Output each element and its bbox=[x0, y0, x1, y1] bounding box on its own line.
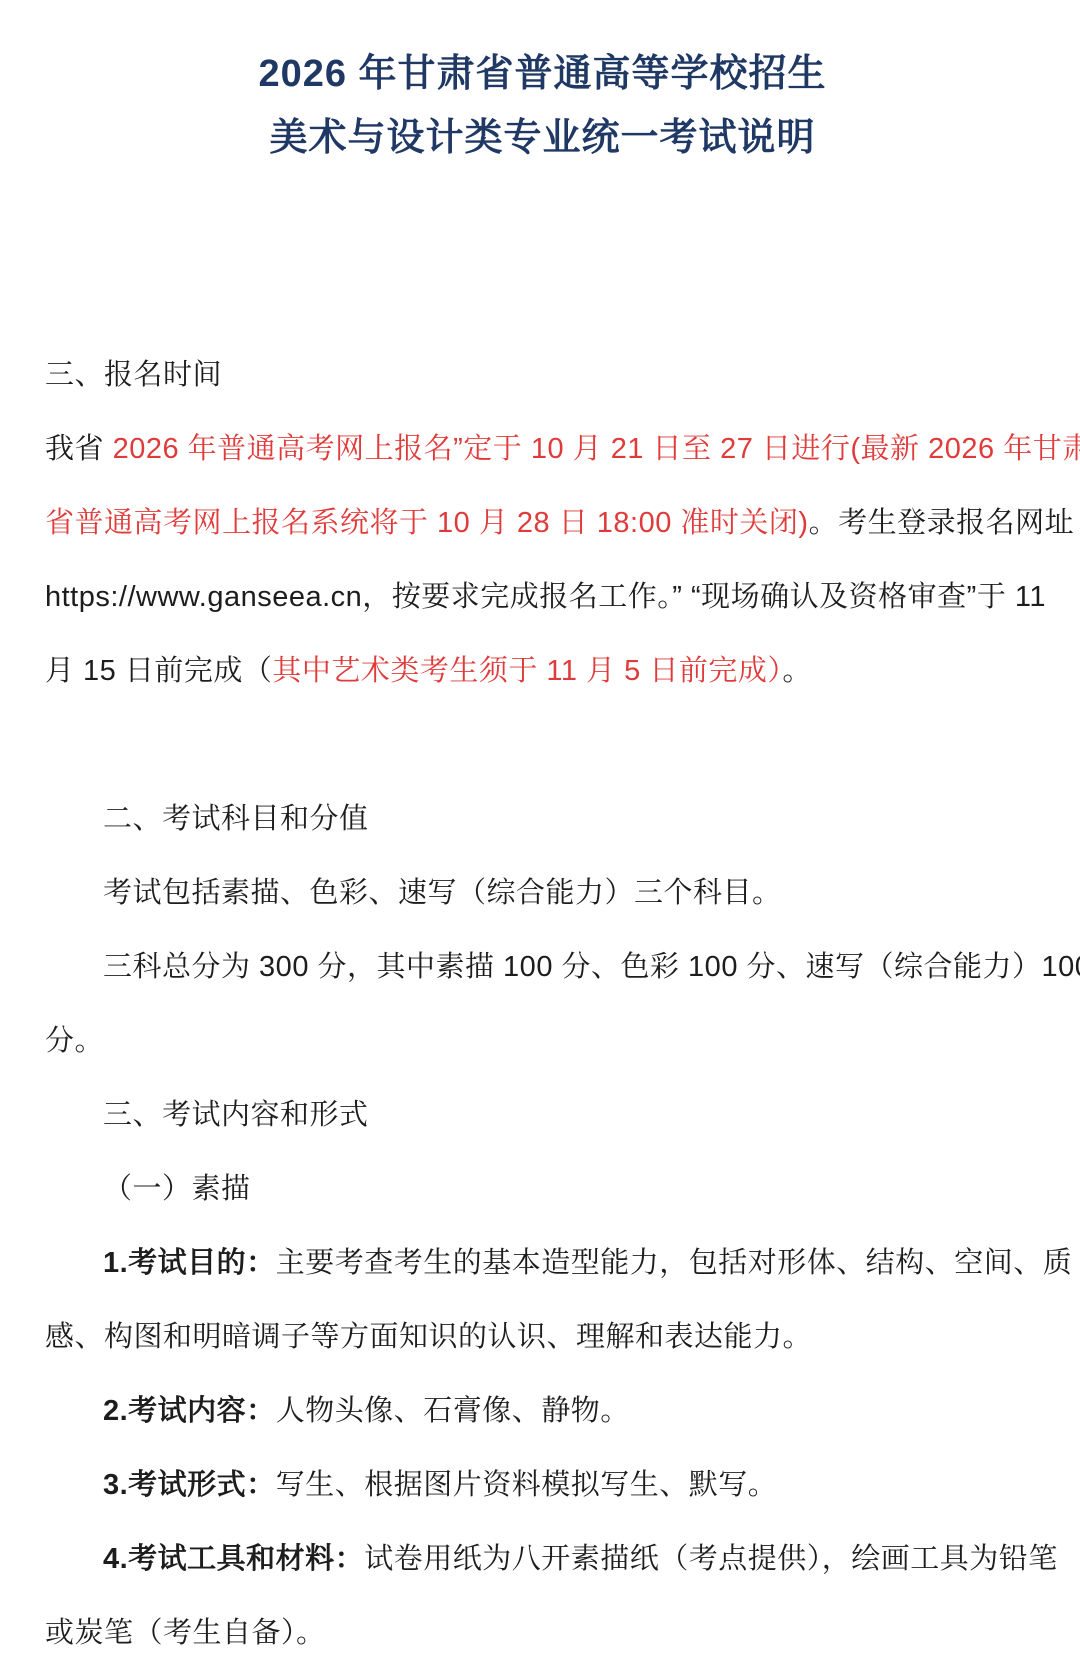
highlighted-deadline: 省普通高考网上报名系统将于 10 月 28 日 18:00 准时关闭) bbox=[45, 507, 809, 539]
highlighted-date-range: 2026 年普通高考网上报名”定于 10 月 21 日至 27 日进行(最新 2… bbox=[113, 433, 1080, 465]
heading-text: 三、报名时间 bbox=[45, 359, 222, 391]
item-label: 4.考试工具和材料： bbox=[103, 1543, 364, 1575]
section-heading-content: 三、考试内容和形式 bbox=[45, 1078, 1040, 1152]
registration-url: https://www.ganseea.cn bbox=[45, 581, 362, 613]
section-heading-registration: 三、报名时间 bbox=[45, 338, 1040, 412]
item-label: 1.考试目的： bbox=[103, 1247, 276, 1279]
text-run: ，按要求完成报名工作。” “现场确认及资格审查”于 11 bbox=[362, 581, 1046, 613]
text-run: 试卷用纸为八开素描纸（考点提供），绘画工具为铅笔 bbox=[364, 1543, 1058, 1575]
sketch-item-3: 3.考试形式：写生、根据图片资料模拟写生、默写。 bbox=[45, 1448, 1040, 1522]
text-run: 感、构图和明暗调子等方面知识的认识、理解和表达能力。 bbox=[45, 1321, 812, 1353]
text-run: 分。 bbox=[45, 1025, 104, 1057]
blank-line bbox=[45, 708, 1040, 782]
title-body-gap bbox=[45, 170, 1040, 338]
text-run: 月 15 日前完成（ bbox=[45, 655, 272, 687]
text-run: 我省 bbox=[45, 433, 113, 465]
text-run: 主要考查考生的基本造型能力，包括对形体、结构、空间、质 bbox=[276, 1247, 1073, 1279]
sketch-item-2: 2.考试内容：人物头像、石膏像、静物。 bbox=[45, 1374, 1040, 1448]
heading-text: 三、考试内容和形式 bbox=[103, 1099, 369, 1131]
highlighted-art-deadline: 其中艺术类考生须于 11 月 5 日前完成） bbox=[272, 655, 782, 687]
text-run: 。 bbox=[782, 655, 812, 687]
text-run: 考试包括素描、色彩、速写（综合能力）三个科目。 bbox=[103, 877, 782, 909]
heading-text: 二、考试科目和分值 bbox=[103, 803, 369, 835]
registration-line-4: 月 15 日前完成（其中艺术类考生须于 11 月 5 日前完成）。 bbox=[45, 634, 1040, 708]
registration-line-2: 省普通高考网上报名系统将于 10 月 28 日 18:00 准时关闭)。考生登录… bbox=[45, 486, 1040, 560]
sketch-item-4: 4.考试工具和材料：试卷用纸为八开素描纸（考点提供），绘画工具为铅笔 bbox=[45, 1522, 1040, 1596]
text-run: 。考生登录报名网址 bbox=[809, 507, 1075, 539]
item-label: 2.考试内容： bbox=[103, 1395, 276, 1427]
subjects-line-3: 分。 bbox=[45, 1004, 1040, 1078]
exam-notice-document: 2026 年甘肃省普通高等学校招生 美术与设计类专业统一考试说明 三、报名时间 … bbox=[0, 0, 1080, 1669]
doc-title-line-2: 美术与设计类专业统一考试说明 bbox=[45, 106, 1040, 170]
sub-heading-sketch: （一）素描 bbox=[45, 1152, 1040, 1226]
sketch-item-1: 1.考试目的：主要考查考生的基本造型能力，包括对形体、结构、空间、质 bbox=[45, 1226, 1040, 1300]
sketch-item-4-continued: 或炭笔（考生自备）。 bbox=[45, 1596, 1040, 1669]
subjects-line-1: 考试包括素描、色彩、速写（综合能力）三个科目。 bbox=[45, 856, 1040, 930]
section-heading-subjects: 二、考试科目和分值 bbox=[45, 782, 1040, 856]
registration-line-1: 我省 2026 年普通高考网上报名”定于 10 月 21 日至 27 日进行(最… bbox=[45, 412, 1040, 486]
text-run: 写生、根据图片资料模拟写生、默写。 bbox=[276, 1469, 778, 1501]
registration-line-3: https://www.ganseea.cn，按要求完成报名工作。” “现场确认… bbox=[45, 560, 1040, 634]
text-run: 或炭笔（考生自备）。 bbox=[45, 1617, 326, 1649]
item-label: 3.考试形式： bbox=[103, 1469, 276, 1501]
heading-text: （一）素描 bbox=[103, 1173, 251, 1205]
subjects-line-2: 三科总分为 300 分，其中素描 100 分、色彩 100 分、速写（综合能力）… bbox=[45, 930, 1040, 1004]
text-run: 人物头像、石膏像、静物。 bbox=[276, 1395, 630, 1427]
text-run: 三科总分为 300 分，其中素描 100 分、色彩 100 分、速写（综合能力）… bbox=[103, 951, 1080, 983]
doc-title-line-1: 2026 年甘肃省普通高等学校招生 bbox=[45, 42, 1040, 106]
sketch-item-1-continued: 感、构图和明暗调子等方面知识的认识、理解和表达能力。 bbox=[45, 1300, 1040, 1374]
